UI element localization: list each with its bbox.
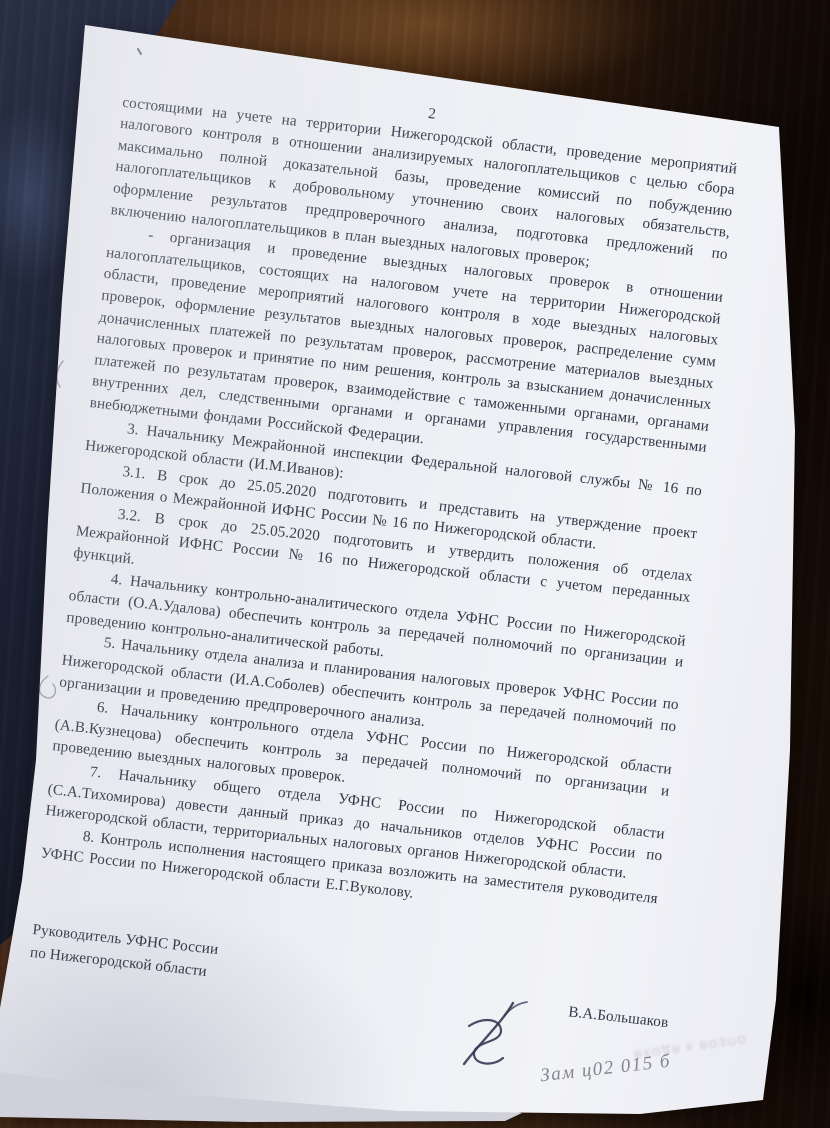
photo-scene: 2 состоящими на учете на территории Ниже… — [0, 0, 830, 1128]
margin-loop-mark — [40, 676, 56, 698]
document-text-block: 2 состоящими на учете на территории Ниже… — [29, 70, 741, 1031]
ink-dot — [138, 49, 141, 54]
signature-stroke-loop — [469, 1020, 503, 1064]
margin-paren-mark — [57, 361, 63, 387]
signature-block: Руководитель УФНС России по Нижегородско… — [29, 918, 648, 1031]
document-page: 2 состоящими на учете на территории Ниже… — [0, 0, 830, 1128]
signer-name: В.А.Большаков — [567, 976, 672, 1033]
sheet-stack: 2 состоящими на учете на территории Ниже… — [0, 0, 830, 1128]
signer-title: Руководитель УФНС России по Нижегородско… — [29, 918, 220, 985]
